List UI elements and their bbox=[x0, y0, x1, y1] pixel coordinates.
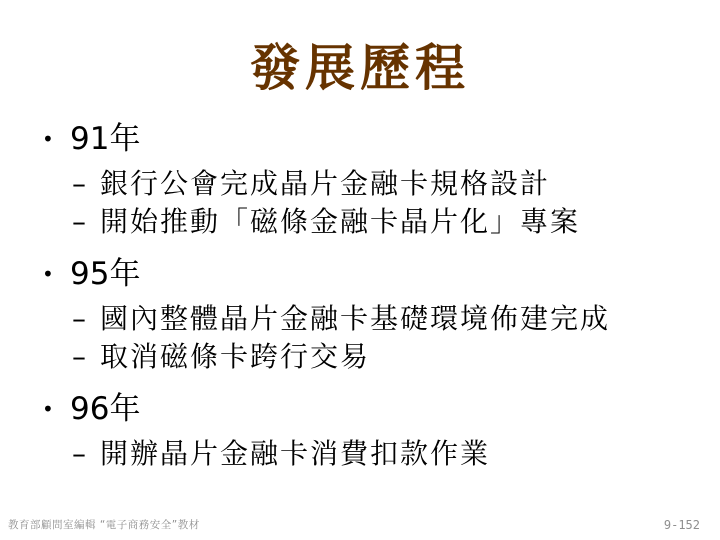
dash-bullet-icon: – bbox=[72, 166, 88, 201]
dash-bullet-icon: – bbox=[72, 204, 88, 239]
bullet-group: •96年–開辦晶片金融卡消費扣款作業 bbox=[38, 388, 700, 471]
year-heading: •95年 bbox=[38, 253, 700, 295]
dash-bullet-icon: – bbox=[72, 339, 88, 374]
year-heading: •96年 bbox=[38, 388, 700, 430]
sub-bullet-item: –銀行公會完成晶片金融卡規格設計 bbox=[72, 166, 700, 201]
year-label: 95年 bbox=[70, 253, 140, 295]
bullet-group: •95年–國內整體晶片金融卡基礎環境佈建完成–取消磁條卡跨行交易 bbox=[38, 253, 700, 374]
sub-bullet-text: 銀行公會完成晶片金融卡規格設計 bbox=[100, 166, 550, 201]
presentation-slide: 發展歷程 •91年–銀行公會完成晶片金融卡規格設計–開始推動「磁條金融卡晶片化」… bbox=[0, 0, 720, 540]
sub-bullet-text: 開始推動「磁條金融卡晶片化」專案 bbox=[100, 204, 580, 239]
dash-bullet-icon: – bbox=[72, 301, 88, 336]
year-heading: •91年 bbox=[38, 118, 700, 160]
bullet-dot-icon: • bbox=[42, 253, 56, 295]
page-number: 9-152 bbox=[664, 518, 700, 532]
year-label: 96年 bbox=[70, 388, 140, 430]
bullet-group: •91年–銀行公會完成晶片金融卡規格設計–開始推動「磁條金融卡晶片化」專案 bbox=[38, 118, 700, 239]
sub-bullet-item: –取消磁條卡跨行交易 bbox=[72, 339, 700, 374]
sub-bullet-text: 取消磁條卡跨行交易 bbox=[100, 339, 370, 374]
bullet-dot-icon: • bbox=[42, 118, 56, 160]
sub-bullet-item: –開始推動「磁條金融卡晶片化」專案 bbox=[72, 204, 700, 239]
page-title: 發展歷程 bbox=[0, 0, 720, 98]
sub-bullet-text: 開辦晶片金融卡消費扣款作業 bbox=[100, 436, 490, 471]
footer-credit: 教育部顧問室編輯 “電子商務安全”教材 bbox=[8, 517, 200, 532]
year-label: 91年 bbox=[70, 118, 140, 160]
slide-footer: 教育部顧問室編輯 “電子商務安全”教材 9-152 bbox=[8, 517, 700, 532]
sub-bullet-item: –國內整體晶片金融卡基礎環境佈建完成 bbox=[72, 301, 700, 336]
dash-bullet-icon: – bbox=[72, 436, 88, 471]
bullet-dot-icon: • bbox=[42, 388, 56, 430]
bullet-list: •91年–銀行公會完成晶片金融卡規格設計–開始推動「磁條金融卡晶片化」專案•95… bbox=[38, 118, 700, 485]
sub-bullet-text: 國內整體晶片金融卡基礎環境佈建完成 bbox=[100, 301, 610, 336]
sub-bullet-item: –開辦晶片金融卡消費扣款作業 bbox=[72, 436, 700, 471]
